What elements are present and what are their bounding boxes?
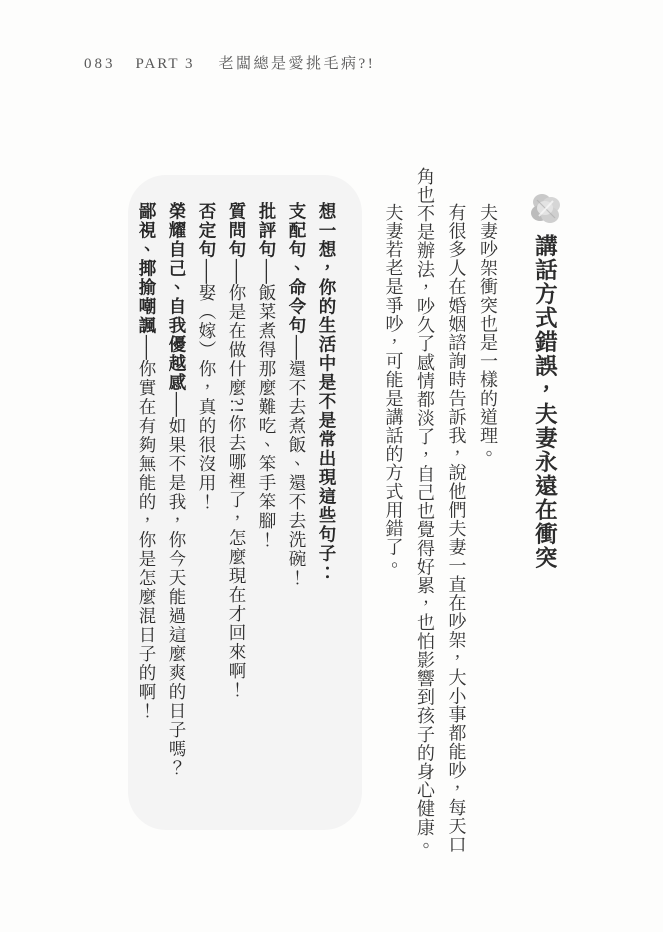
- box-item-label: 鄙視、揶揄嘲諷: [137, 202, 157, 335]
- box-item-label: 批評句: [257, 202, 277, 259]
- box-item-label: 支配句、命令句: [287, 202, 307, 335]
- box-item: 批評句──飯菜煮得那麼難吃、笨手笨腳！: [252, 202, 282, 814]
- section-title-column: 講話方式錯誤，夫妻永遠在衝突: [525, 192, 565, 892]
- box-item-label: 質問句: [227, 202, 247, 259]
- example-sentences-content: 想一想，你的生活中是不是常出現這些句子： 支配句、命令句──還不去煮飯、還不去洗…: [128, 175, 362, 830]
- em-dash: ──: [287, 335, 307, 360]
- body-text: 夫妻吵架衝突也是一樣的道理。 有很多人在婚姻諮詢時告訴我，說他們夫妻一直在吵架，…: [377, 167, 503, 859]
- box-item: 否定句──娶（嫁）你，真的很沒用！: [192, 202, 222, 814]
- box-item-label: 否定句: [197, 202, 217, 259]
- box-item-text: 娶（嫁）你，真的很沒用！: [197, 284, 217, 512]
- box-item-label: 榮耀自己、自我優越感: [167, 202, 187, 392]
- part-label: PART 3: [136, 56, 195, 73]
- em-dash: ──: [257, 259, 277, 284]
- box-item: 支配句、命令句──還不去煮飯、還不去洗碗！: [282, 202, 312, 814]
- box-item: 榮耀自己、自我優越感──如果不是我，你今天能過這麼爽的日子嗎？: [162, 202, 192, 814]
- box-item-text: 還不去煮飯、還不去洗碗！: [287, 360, 307, 588]
- body-paragraph: 夫妻若老是爭吵，可能是講話的方式用錯了。: [377, 167, 409, 859]
- body-paragraph: 夫妻吵架衝突也是一樣的道理。: [472, 167, 504, 859]
- box-item-text: 飯菜煮得那麼難吃、笨手笨腳！: [257, 284, 277, 550]
- box-item: 質問句──你是在做什麼?!你去哪裡了，怎麼現在才回來啊！: [222, 202, 252, 814]
- box-item: 鄙視、揶揄嘲諷──你實在有夠無能的，你是怎麼混日子的啊！: [132, 202, 162, 814]
- book-page: { "header": { "page_number": "083", "par…: [0, 0, 663, 932]
- em-dash: ──: [197, 259, 217, 284]
- section-title: 講話方式錯誤，夫妻永遠在衝突: [532, 234, 557, 570]
- chapter-title: 老闆總是愛挑毛病?!: [219, 52, 376, 73]
- em-dash: ──: [137, 335, 157, 360]
- em-dash: ──: [227, 259, 247, 284]
- flower-icon: [531, 192, 565, 226]
- running-header: 083 PART 3 老闆總是愛挑毛病?!: [84, 52, 375, 73]
- box-item-text: 你實在有夠無能的，你是怎麼混日子的啊！: [137, 360, 157, 721]
- box-item-text: 如果不是我，你今天能過這麼爽的日子嗎？: [167, 417, 187, 778]
- em-dash: ──: [167, 392, 187, 417]
- body-paragraph: 有很多人在婚姻諮詢時告訴我，說他們夫妻一直在吵架，大小事都能吵，每天口角也不是辦…: [409, 167, 472, 859]
- example-sentences-box: 想一想，你的生活中是不是常出現這些句子： 支配句、命令句──還不去煮飯、還不去洗…: [128, 175, 362, 830]
- box-intro: 想一想，你的生活中是不是常出現這些句子：: [312, 202, 342, 814]
- page-number: 083: [84, 56, 116, 73]
- box-item-text: 你是在做什麼?!你去哪裡了，怎麼現在才回來啊！: [227, 284, 247, 700]
